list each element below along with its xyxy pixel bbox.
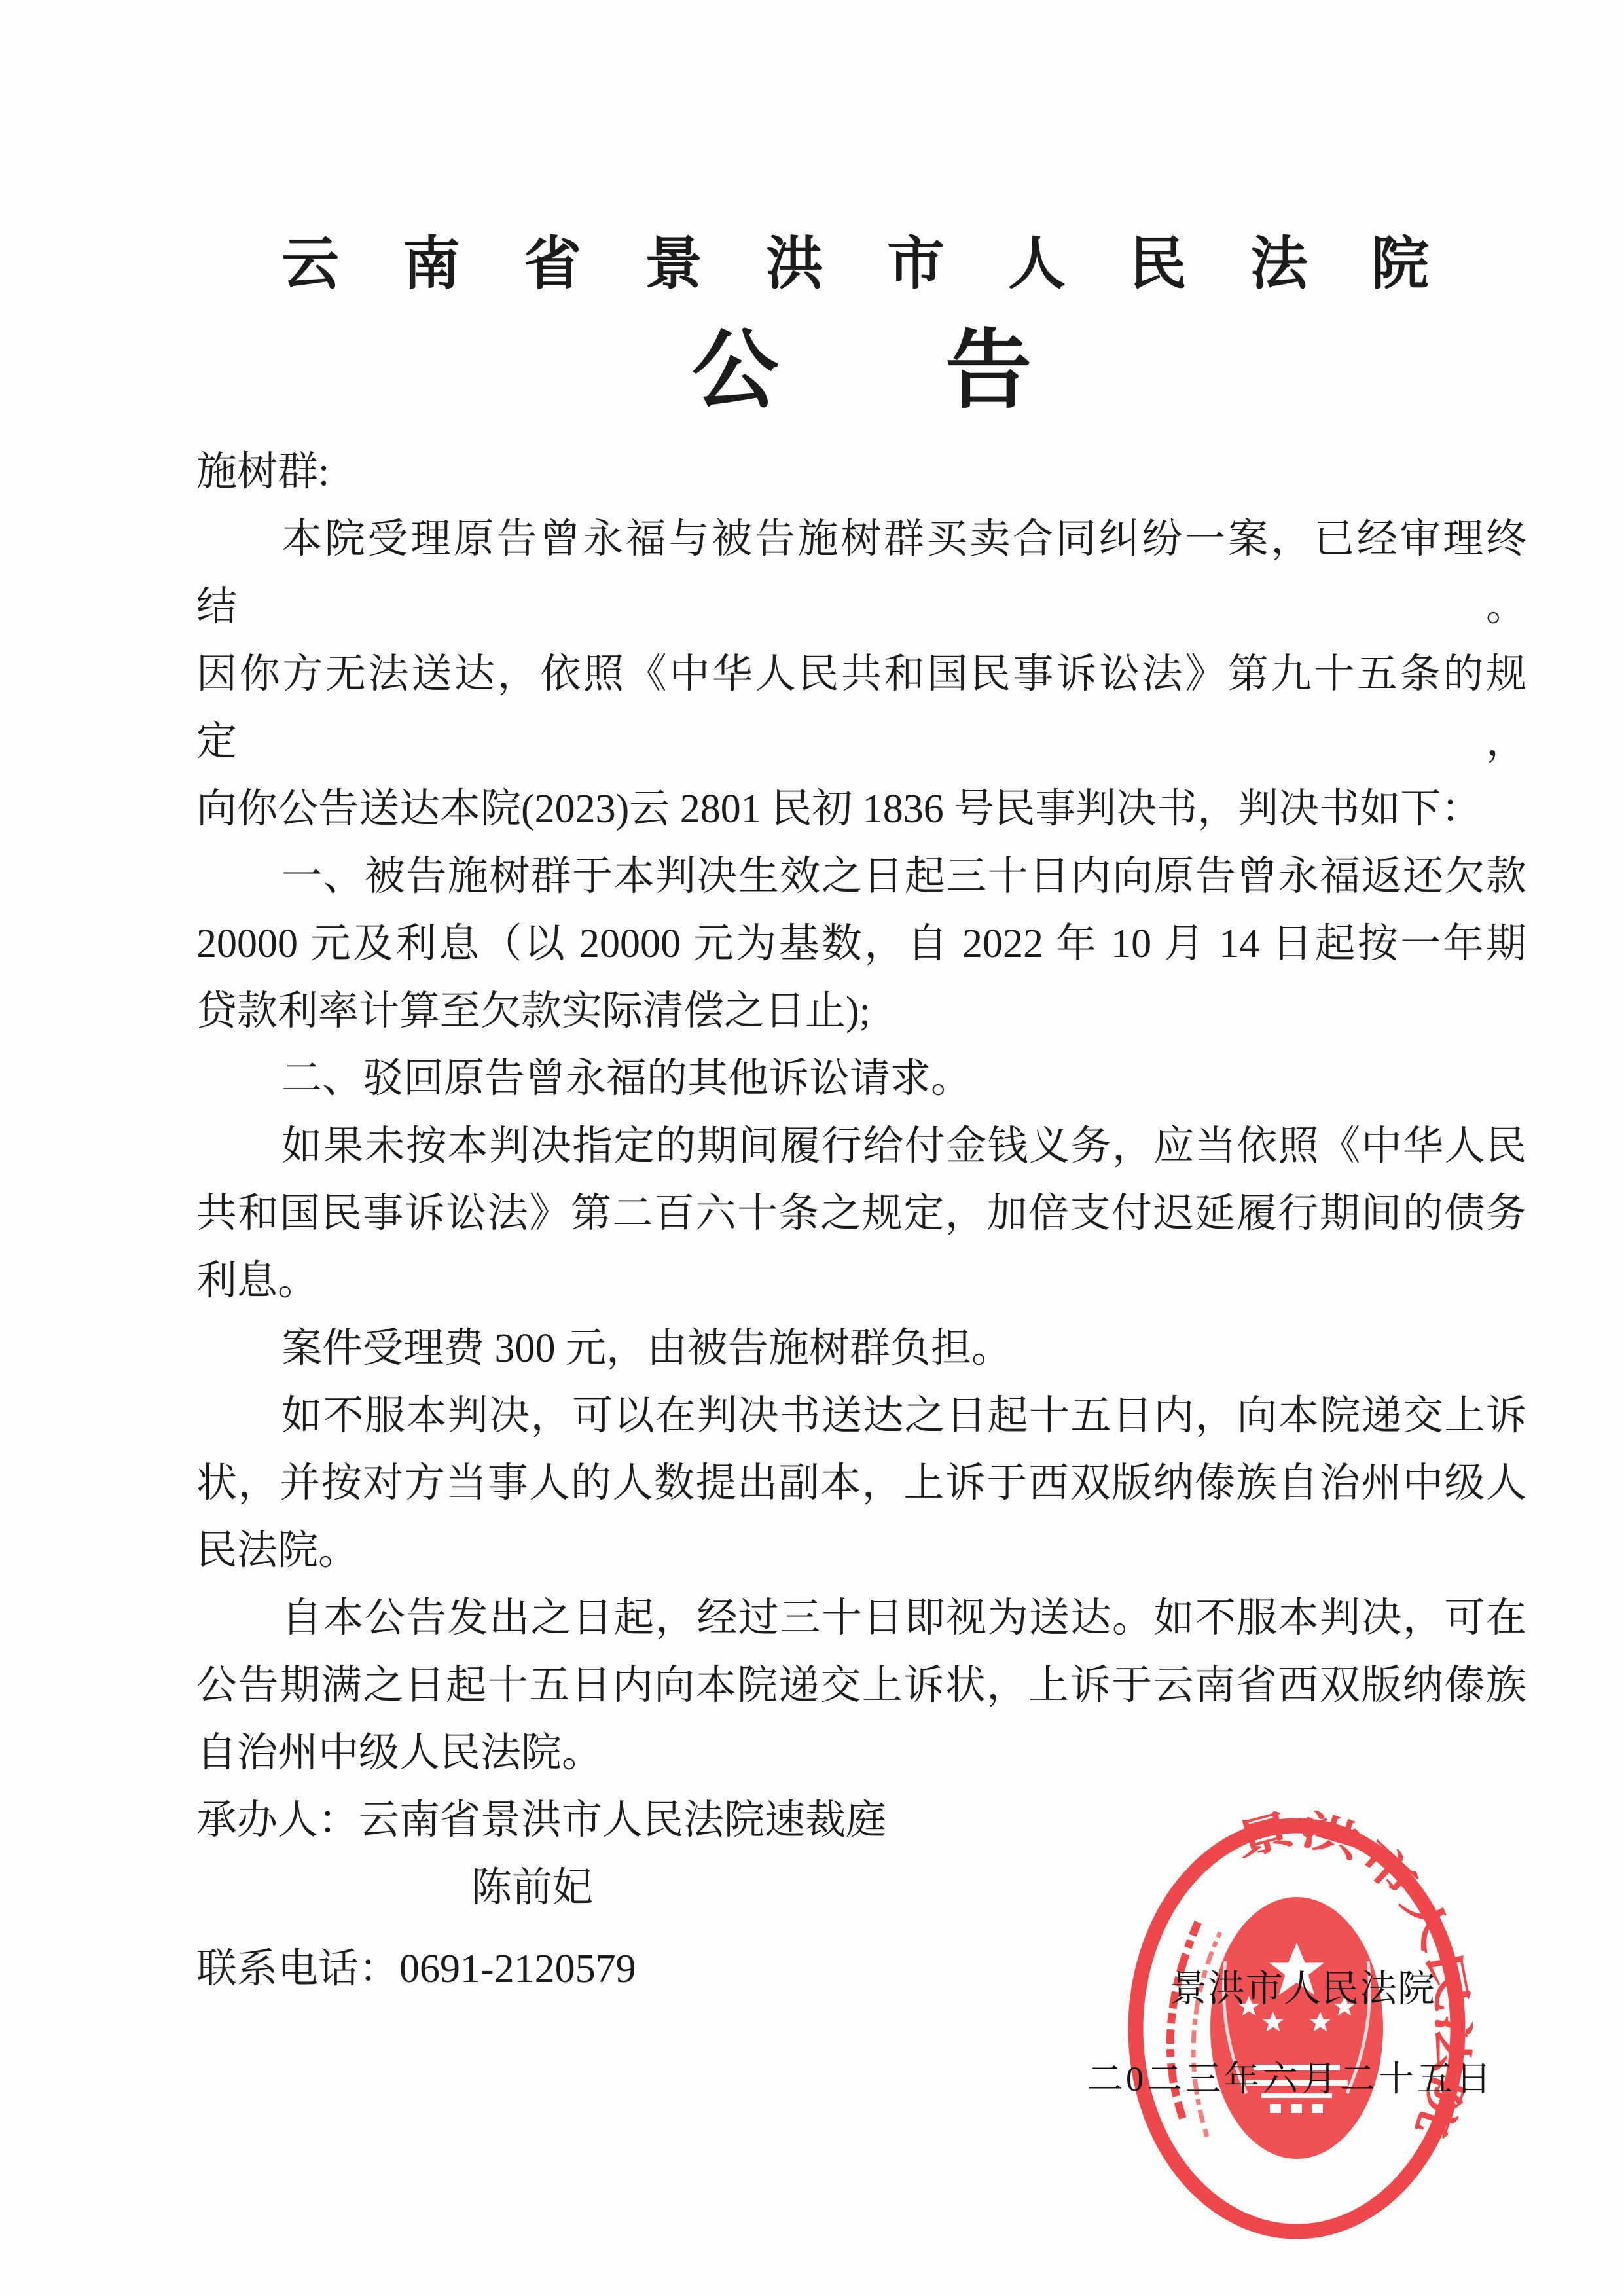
body-line: 民法院。	[196, 1517, 1526, 1585]
notice-body: 施树群: 本院受理原告曾永福与被告施树群买卖合同纠纷一案，已经审理终结。 因你方…	[196, 439, 1526, 2003]
national-emblem-icon	[1210, 1897, 1383, 2159]
salutation-line: 施树群:	[196, 439, 1526, 506]
body-line: 因你方无法送达，依照《中华人民共和国民事诉讼法》第九十五条的规定，	[196, 641, 1526, 776]
body-line: 20000 元及利息（以 20000 元为基数，自 2022 年 10 月 14…	[196, 911, 1526, 978]
notice-title: 公告	[692, 322, 1150, 420]
body-line: 如不服本判决，可以在判决书送达之日起十五日内，向本院递交上诉	[196, 1382, 1526, 1450]
body-line: 案件受理费 300 元，由被告施树群负担。	[196, 1315, 1526, 1382]
issue-date: 二0二三年六月二十五日	[1087, 2059, 1519, 2099]
body-line: 自本公告发出之日起，经过三十日即视为送达。如不服本判决，可在	[196, 1585, 1526, 1652]
body-line: 一、被告施树群于本判决生效之日起三十日内向原告曾永福返还欠款	[196, 843, 1526, 911]
scanned-court-notice-page: 云南省景洪市人民法院 公告 施树群: 本院受理原告曾永福与被告施树群买卖合同纠纷…	[0, 0, 1624, 2295]
body-line: 贷款利率计算至欠款实际清偿之日止);	[196, 978, 1526, 1045]
court-seal: 景洪市人民法院	[1121, 1811, 1473, 2247]
body-line: 如果未按本判决指定的期间履行给付金钱义务，应当依照《中华人民	[196, 1113, 1526, 1180]
body-line: 二、驳回原告曾永福的其他诉讼请求。	[196, 1045, 1526, 1113]
issuing-court-name: 景洪市人民法院	[1170, 1969, 1445, 2010]
court-header-title: 云南省景洪市人民法院	[281, 230, 1499, 299]
body-line: 状，并按对方当事人的人数提出副本，上诉于西双版纳傣族自治州中级人	[196, 1450, 1526, 1517]
body-line: 本院受理原告曾永福与被告施树群买卖合同纠纷一案，已经审理终结。	[196, 506, 1526, 641]
body-line: 自治州中级人民法院。	[196, 1720, 1526, 1787]
body-line: 利息。	[196, 1248, 1526, 1315]
body-line: 共和国民事诉讼法》第二百六十条之规定，加倍支付迟延履行期间的债务	[196, 1180, 1526, 1248]
body-line: 公告期满之日起十五日内向本院递交上诉状，上诉于云南省西双版纳傣族	[196, 1652, 1526, 1720]
body-line: 向你公告送达本院(2023)云 2801 民初 1836 号民事判决书，判决书如…	[196, 776, 1526, 843]
court-seal-graphic: 景洪市人民法院	[1121, 1811, 1473, 2247]
